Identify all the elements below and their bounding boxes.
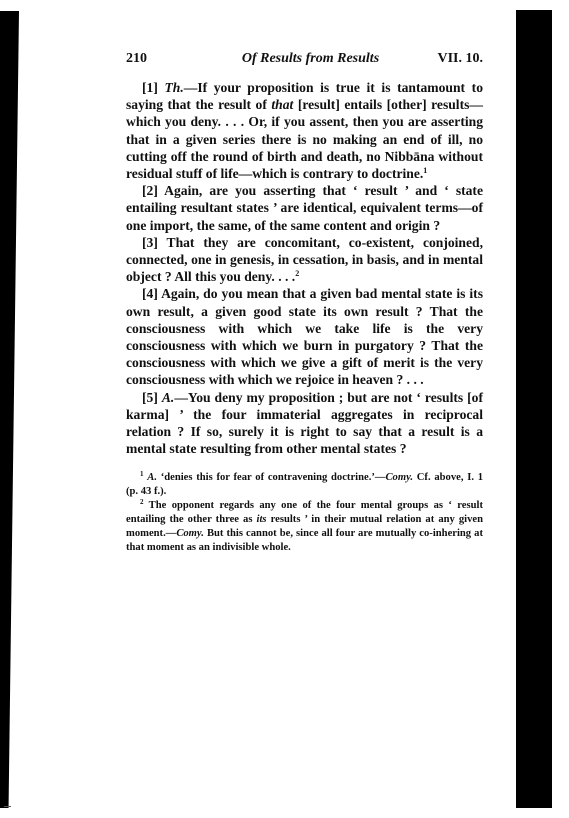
footnote-marker: 2	[140, 498, 144, 506]
section-reference: VII. 10.	[437, 50, 483, 68]
footnote-marker: 1	[140, 470, 144, 478]
scan-left-edge-shadow	[0, 11, 19, 808]
footnote-2: 2 The opponent regards any one of the fo…	[126, 499, 483, 555]
footnote-marker: 2	[295, 269, 299, 278]
footnote-marker: 1	[423, 166, 427, 175]
paragraph-3: [3] That they are concomitant, co-existe…	[126, 234, 483, 286]
book-page: 210 Of Results from Results VII. 10. [1]…	[126, 50, 483, 555]
scan-right-edge-shadow	[516, 10, 552, 808]
body-text: [1] Th.—If your proposition is true it i…	[126, 79, 483, 457]
running-head: 210 Of Results from Results VII. 10.	[126, 50, 483, 68]
footnote-1: 1 A. ‘denies this for fear of contraveni…	[126, 471, 483, 499]
chapter-title: Of Results from Results	[126, 50, 483, 68]
paragraph-4: [4] Again, do you mean that a given bad …	[126, 285, 483, 388]
footnotes: 1 A. ‘denies this for fear of contraveni…	[126, 471, 483, 555]
paragraph-1: [1] Th.—If your proposition is true it i…	[126, 79, 483, 182]
paragraph-5: [5] A.—You deny my proposition ; but are…	[126, 389, 483, 458]
paragraph-2: [2] Again, are you asserting that ‘ resu…	[126, 182, 483, 234]
scan-left-edge-foot	[4, 806, 11, 807]
